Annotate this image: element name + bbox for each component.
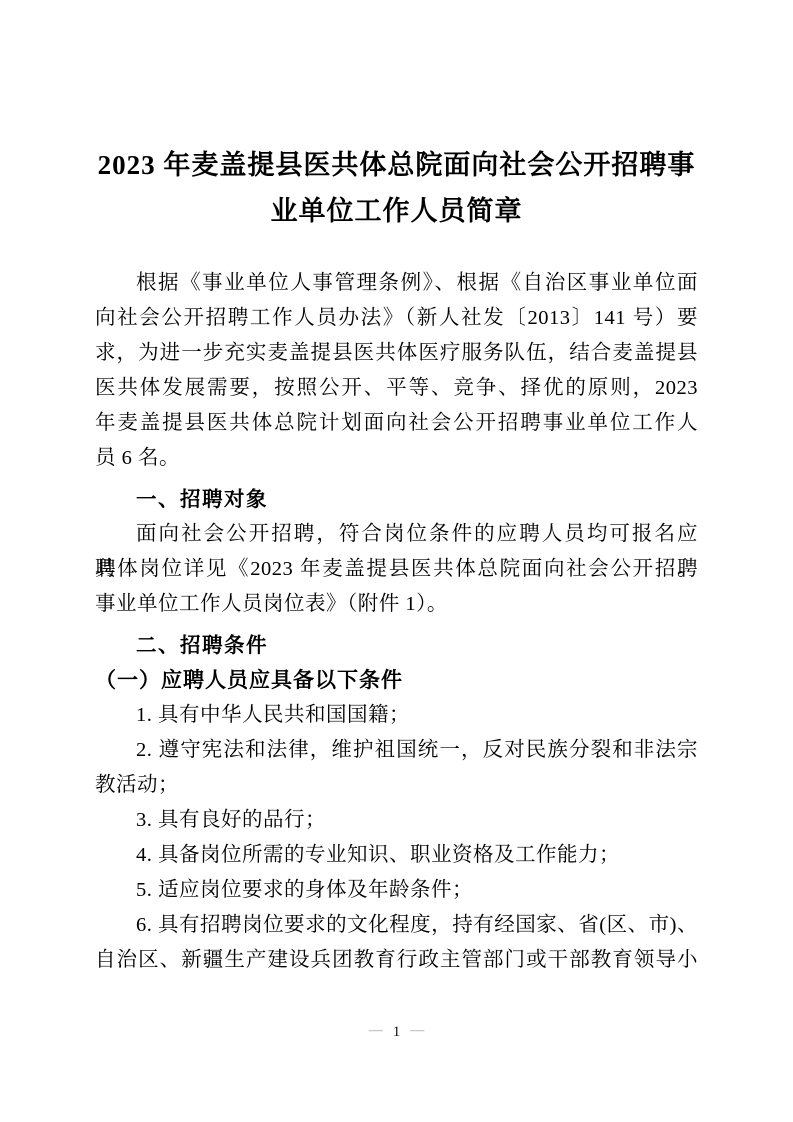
section-heading-recruitment-target: 一、招聘对象: [95, 482, 698, 517]
title-line-2: 业单位工作人员简章: [55, 188, 738, 234]
list-item: 自治区、新疆生产建设兵团教育行政主管部门或干部教育领导小: [95, 943, 698, 978]
body-line: 面向社会公开招聘，符合岗位条件的应聘人员均可报名应聘。: [95, 517, 698, 552]
footer-right-dash: —: [410, 1023, 424, 1038]
body-line: 年麦盖提县医共体总院计划面向社会公开招聘事业单位工作人: [95, 406, 698, 441]
body-line: 具体岗位详见《2023 年麦盖提县医共体总院面向社会公开招聘: [95, 552, 698, 587]
subsection-heading-applicant-conditions: （一）应聘人员应具备以下条件: [95, 663, 698, 698]
body-line: 向社会公开招聘工作人员办法》（新人社发〔2013〕141 号）要: [95, 301, 698, 336]
document-page: 2023 年麦盖提县医共体总院面向社会公开招聘事 业单位工作人员简章 根据《事业…: [0, 0, 793, 1122]
body-line: 求，为进一步充实麦盖提县医共体医疗服务队伍，结合麦盖提县: [95, 336, 698, 371]
body-line: 事业单位工作人员岗位表》（附件 1）。: [95, 587, 698, 622]
list-item: 4. 具备岗位所需的专业知识、职业资格及工作能力；: [95, 838, 698, 873]
page-footer: —1—: [0, 1022, 793, 1043]
document-body: 根据《事业单位人事管理条例》、根据《自治区事业单位面 向社会公开招聘工作人员办法…: [95, 266, 698, 978]
list-item: 教活动；: [95, 768, 698, 803]
list-item: 6. 具有招聘岗位要求的文化程度，持有经国家、省(区、市)、: [95, 908, 698, 943]
list-item: 1. 具有中华人民共和国国籍；: [95, 698, 698, 733]
title-line-1: 2023 年麦盖提县医共体总院面向社会公开招聘事: [55, 142, 738, 188]
body-line: 员 6 名。: [95, 441, 698, 476]
section-heading-recruitment-conditions: 二、招聘条件: [95, 628, 698, 663]
body-line: 医共体发展需要，按照公开、平等、竞争、择优的原则，2023: [95, 371, 698, 406]
body-line: 根据《事业单位人事管理条例》、根据《自治区事业单位面: [95, 266, 698, 301]
list-item: 3. 具有良好的品行；: [95, 803, 698, 838]
document-title: 2023 年麦盖提县医共体总院面向社会公开招聘事 业单位工作人员简章: [55, 142, 738, 234]
footer-left-dash: —: [369, 1023, 383, 1038]
list-item: 2. 遵守宪法和法律，维护祖国统一，反对民族分裂和非法宗: [95, 733, 698, 768]
footer-page-number: 1: [393, 1024, 401, 1040]
list-item: 5. 适应岗位要求的身体及年龄条件；: [95, 873, 698, 908]
